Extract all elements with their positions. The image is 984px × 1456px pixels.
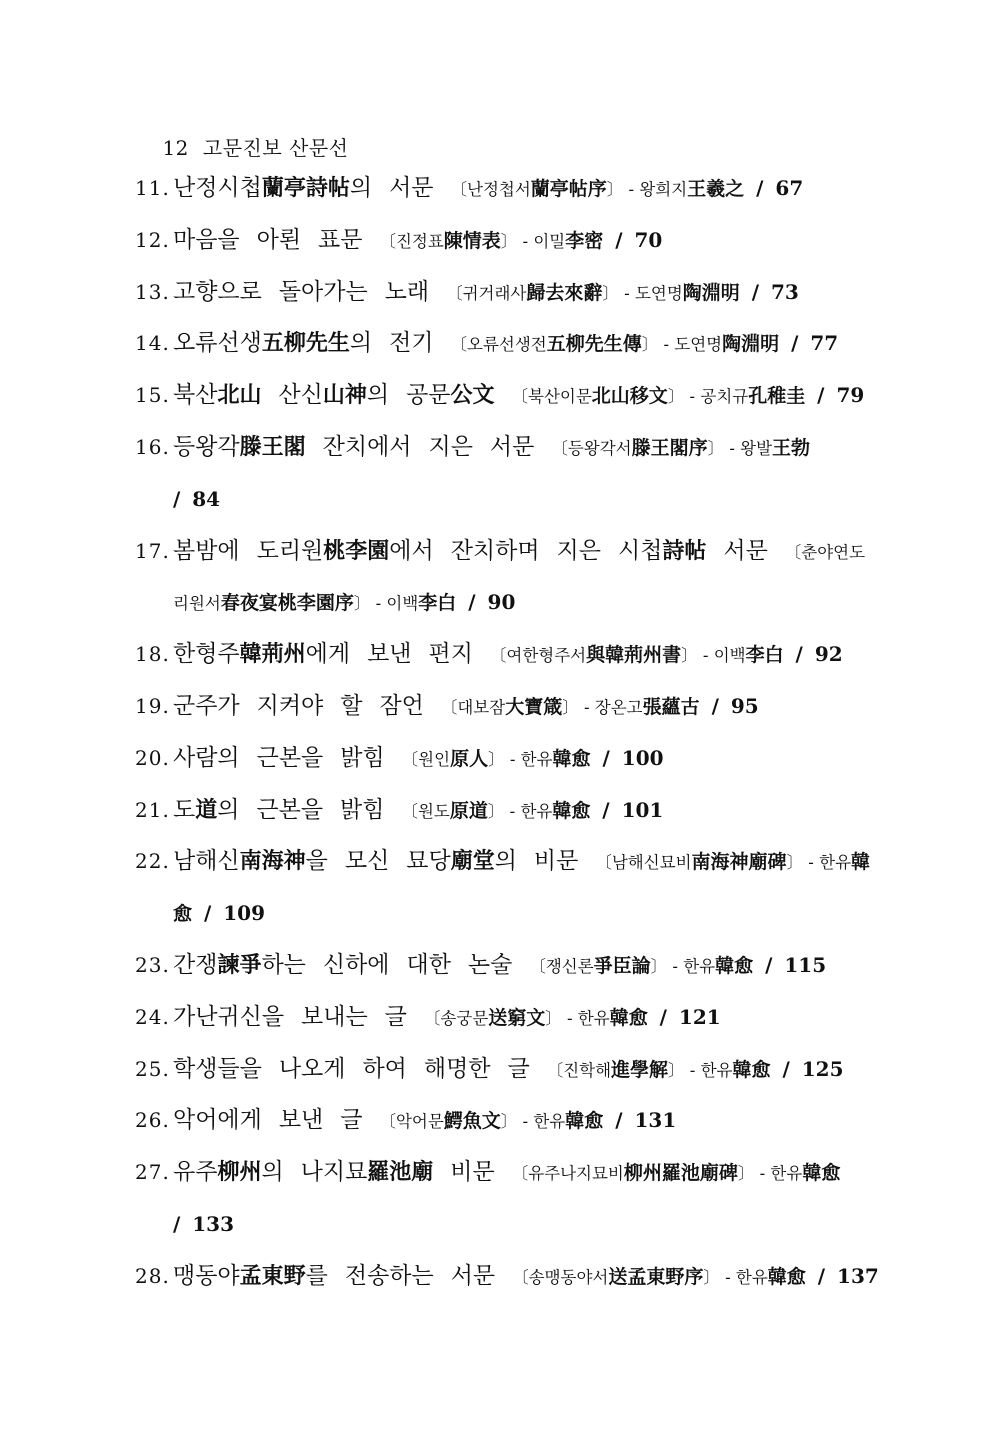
entry-text-segment: 를 전송하는 서문 bbox=[306, 1263, 512, 1289]
entry-text-segment: 의 나지묘 bbox=[261, 1159, 367, 1185]
entry-text-segment: 〕 - 이백 bbox=[681, 646, 745, 665]
toc-entry: 11.난정시첩蘭亭詩帖의 서문 〔난정첩서蘭亭帖序〕 - 왕희지王羲之 / 67 bbox=[135, 163, 875, 215]
toc-entry-line: 27.유주柳州의 나지묘羅池廟 비문 〔유주나지묘비柳州羅池廟碑〕 - 한유韓愈 bbox=[135, 1147, 875, 1199]
entry-text-segment: / 100 bbox=[591, 746, 664, 770]
entry-number: 21. bbox=[135, 785, 173, 837]
toc-entry-line: 25.학생들을 나오게 하여 해명한 글 〔진학해進學解〕 - 한유韓愈 / 1… bbox=[135, 1044, 875, 1096]
book-page: 12고문진보 산문선 11.난정시첩蘭亭詩帖의 서문 〔난정첩서蘭亭帖序〕 - … bbox=[0, 0, 984, 1456]
entry-text-segment: / 133 bbox=[173, 1212, 234, 1236]
entry-text-segment: 北山移文 bbox=[592, 385, 668, 407]
entry-text-segment: 李密 bbox=[565, 230, 603, 252]
toc-entry-continuation-line: 리원서春夜宴桃李園序〕 - 이백李白 / 90 bbox=[135, 577, 875, 629]
entry-text-segment: / 84 bbox=[173, 487, 220, 511]
entry-text-segment: 韓愈 bbox=[553, 748, 591, 770]
toc-entry-line: 20.사람의 근본을 밝힘 〔원인原人〕 - 한유韓愈 / 100 bbox=[135, 733, 875, 785]
entry-text-segment: 愈 bbox=[173, 903, 192, 925]
entry-text-segment: 孔稚圭 bbox=[748, 385, 805, 407]
entry-text-segment: 봄밤에 도리원 bbox=[173, 538, 323, 564]
entry-text-segment: 맹동야 bbox=[173, 1263, 240, 1289]
entry-number: 11. bbox=[135, 163, 173, 215]
entry-text-segment: 북산 bbox=[173, 382, 217, 408]
entry-text-segment: 蘭亭詩帖 bbox=[262, 175, 350, 201]
entry-text-segment: 五柳先生傳 bbox=[547, 333, 642, 355]
entry-text-segment: 韓愈 bbox=[768, 1266, 806, 1288]
entry-text-segment: 李白 bbox=[746, 644, 784, 666]
entry-text-segment: 原道 bbox=[450, 800, 488, 822]
entry-text-segment: 의 서문 bbox=[350, 175, 451, 201]
toc-entry: 15.북산北山 산신山神의 공문公文 〔북산이문北山移文〕 - 공치규孔稚圭 /… bbox=[135, 370, 875, 422]
entry-text-segment: 〔오류선생전 bbox=[451, 335, 547, 354]
toc-entry-continuation-line: / 133 bbox=[135, 1199, 875, 1251]
entry-text-segment: 〕 - 한유 bbox=[501, 1112, 565, 1131]
entry-text-segment: 군주가 지켜야 할 잠언 bbox=[173, 693, 441, 719]
entry-text-segment: 사람의 근본을 밝힘 bbox=[173, 745, 402, 771]
entry-text-segment: / 67 bbox=[744, 176, 803, 200]
entry-text-segment: 陶淵明 bbox=[722, 333, 779, 355]
entry-number: 25. bbox=[135, 1044, 173, 1096]
toc-entry: 23.간쟁諫爭하는 신하에 대한 논술 〔쟁신론爭臣論〕 - 한유韓愈 / 11… bbox=[135, 940, 875, 992]
toc-entry: 25.학생들을 나오게 하여 해명한 글 〔진학해進學解〕 - 한유韓愈 / 1… bbox=[135, 1044, 875, 1096]
toc-entry: 26.악어에게 보낸 글 〔악어문鰐魚文〕 - 한유韓愈 / 131 bbox=[135, 1095, 875, 1147]
entry-text-segment: 〕 - 한유 bbox=[488, 750, 552, 769]
toc-entry: 22.남해신南海神을 모신 묘당廟堂의 비문 〔남해신묘비南海神廟碑〕 - 한유… bbox=[135, 836, 875, 940]
entry-text-segment: 韓愈 bbox=[802, 1162, 840, 1184]
entry-text-segment: 詩帖 bbox=[662, 538, 706, 564]
entry-text-segment: 등왕각 bbox=[173, 434, 240, 460]
entry-number: 27. bbox=[135, 1147, 173, 1199]
toc-entry: 16.등왕각滕王閣 잔치에서 지은 서문 〔등왕각서滕王閣序〕 - 왕발王勃/ … bbox=[135, 422, 875, 526]
entry-text-segment: 廟堂 bbox=[451, 848, 495, 874]
entry-text-segment: 남해신 bbox=[173, 848, 240, 874]
entry-text-segment: 王勃 bbox=[772, 437, 810, 459]
entry-text-segment: 에게 보낸 편지 bbox=[306, 641, 490, 667]
entry-text-segment: 送窮文 bbox=[488, 1007, 545, 1029]
entry-text-segment: 大寶箴 bbox=[505, 696, 562, 718]
entry-text-segment: 유주 bbox=[173, 1159, 217, 1185]
toc-entry: 24.가난귀신을 보내는 글 〔송궁문送窮文〕 - 한유韓愈 / 121 bbox=[135, 992, 875, 1044]
entry-number: 18. bbox=[135, 629, 173, 681]
entry-text-segment: 原人 bbox=[450, 748, 488, 770]
entry-text-segment: 〔북산이문 bbox=[512, 387, 592, 406]
entry-text-segment: 孟東野 bbox=[240, 1263, 306, 1289]
entry-text-segment: 公文 bbox=[451, 382, 495, 408]
toc-entry-continuation-line: 愈 / 109 bbox=[135, 888, 875, 940]
entry-text-segment: 韓愈 bbox=[733, 1059, 771, 1081]
entry-text-segment: 〔귀거래사 bbox=[446, 284, 526, 303]
entry-text-segment: 與韓荊州書 bbox=[586, 644, 681, 666]
entry-text-segment: 의 근본을 밝힘 bbox=[217, 797, 401, 823]
entry-text-segment: / 121 bbox=[648, 1005, 721, 1029]
book-title: 고문진보 산문선 bbox=[203, 136, 349, 160]
table-of-contents: 11.난정시첩蘭亭詩帖의 서문 〔난정첩서蘭亭帖序〕 - 왕희지王羲之 / 67… bbox=[135, 163, 875, 1303]
entry-text-segment: 서문 bbox=[706, 538, 784, 564]
entry-text-segment: 한형주 bbox=[173, 641, 240, 667]
entry-text-segment: 의 공문 bbox=[367, 382, 451, 408]
entry-text-segment: 〕 - 왕발 bbox=[708, 439, 772, 458]
entry-text-segment: 악어에게 보낸 글 bbox=[173, 1107, 379, 1133]
entry-text-segment: 韓愈 bbox=[610, 1007, 648, 1029]
entry-text-segment: 〕 - 왕희지 bbox=[607, 180, 687, 199]
entry-text-segment: 蘭亭帖序 bbox=[531, 178, 607, 200]
entry-text-segment: / 137 bbox=[806, 1264, 879, 1288]
toc-entry-line: 26.악어에게 보낸 글 〔악어문鰐魚文〕 - 한유韓愈 / 131 bbox=[135, 1095, 875, 1147]
toc-entry-line: 28.맹동야孟東野를 전송하는 서문 〔송맹동야서送孟東野序〕 - 한유韓愈 /… bbox=[135, 1251, 875, 1303]
entry-text-segment: 〕 - 공치규 bbox=[668, 387, 748, 406]
toc-entry-line: 24.가난귀신을 보내는 글 〔송궁문送窮文〕 - 한유韓愈 / 121 bbox=[135, 992, 875, 1044]
entry-text-segment: 〕 - 한유 bbox=[668, 1061, 732, 1080]
entry-text-segment: 韓愈 bbox=[715, 955, 753, 977]
entry-number: 28. bbox=[135, 1251, 173, 1303]
entry-text-segment: 韓荊州 bbox=[240, 641, 306, 667]
toc-entry-line: 17.봄밤에 도리원桃李園에서 잔치하며 지은 시첩詩帖 서문 〔춘야연도 bbox=[135, 526, 875, 578]
entry-text-segment: 〕 - 한유 bbox=[787, 853, 851, 872]
entry-text-segment: 桃李園 bbox=[323, 538, 389, 564]
toc-entry-line: 22.남해신南海神을 모신 묘당廟堂의 비문 〔남해신묘비南海神廟碑〕 - 한유… bbox=[135, 836, 875, 888]
toc-entry-line: 16.등왕각滕王閣 잔치에서 지은 서문 〔등왕각서滕王閣序〕 - 왕발王勃 bbox=[135, 422, 875, 474]
toc-entry-line: 21.도道의 근본을 밝힘 〔원도原道〕 - 한유韓愈 / 101 bbox=[135, 785, 875, 837]
toc-entry-line: 19.군주가 지켜야 할 잠언 〔대보잠大寶箴〕 - 장온고張蘊古 / 95 bbox=[135, 681, 875, 733]
entry-text-segment: / 79 bbox=[805, 383, 864, 407]
toc-entry-line: 14.오류선생五柳先生의 전기 〔오류선생전五柳先生傳〕 - 도연명陶淵明 / … bbox=[135, 318, 875, 370]
entry-text-segment: 〔유주나지묘비 bbox=[512, 1164, 624, 1183]
entry-text-segment: 〕 - 이백 bbox=[354, 594, 418, 613]
entry-text-segment: 柳州 bbox=[217, 1159, 261, 1185]
entry-text-segment: 간쟁 bbox=[173, 952, 217, 978]
toc-entry: 12.마음을 아뢴 표문 〔진정표陳情表〕 - 이밀李密 / 70 bbox=[135, 215, 875, 267]
entry-text-segment: 陳情表 bbox=[444, 230, 501, 252]
entry-text-segment: 〔진학해 bbox=[547, 1061, 611, 1080]
entry-number: 26. bbox=[135, 1095, 173, 1147]
entry-text-segment: 〔송맹동야서 bbox=[512, 1268, 608, 1287]
entry-text-segment: 滕王閣 bbox=[240, 434, 306, 460]
entry-text-segment: / 90 bbox=[456, 590, 515, 614]
entry-text-segment: 학생들을 나오게 하여 해명한 글 bbox=[173, 1056, 547, 1082]
entry-text-segment: 歸去來辭 bbox=[526, 282, 602, 304]
entry-text-segment: 五柳先生 bbox=[262, 330, 350, 356]
entry-text-segment: 〔쟁신론 bbox=[529, 957, 593, 976]
entry-text-segment: 의 전기 bbox=[350, 330, 451, 356]
entry-number: 22. bbox=[135, 836, 173, 888]
entry-number: 24. bbox=[135, 992, 173, 1044]
entry-text-segment: 의 비문 bbox=[495, 848, 596, 874]
entry-text-segment: 〕 - 장온고 bbox=[562, 698, 642, 717]
entry-text-segment: 하는 신하에 대한 논술 bbox=[261, 952, 529, 978]
entry-text-segment: 〔진정표 bbox=[379, 232, 443, 251]
entry-text-segment: 柳州羅池廟碑 bbox=[624, 1162, 738, 1184]
entry-text-segment: 〕 - 한유 bbox=[545, 1009, 609, 1028]
toc-entry: 14.오류선생五柳先生의 전기 〔오류선생전五柳先生傳〕 - 도연명陶淵明 / … bbox=[135, 318, 875, 370]
entry-number: 17. bbox=[135, 526, 173, 578]
entry-text-segment: 리원서 bbox=[173, 594, 221, 613]
book-page-number: 12 bbox=[162, 136, 188, 160]
entry-number: 15. bbox=[135, 370, 173, 422]
entry-text-segment: 〕 - 한유 bbox=[738, 1164, 802, 1183]
entry-text-segment: 南海神 bbox=[240, 848, 306, 874]
entry-text-segment: 〕 - 도연명 bbox=[642, 335, 722, 354]
entry-text-segment: 난정시첩 bbox=[173, 175, 262, 201]
entry-text-segment: 〔송궁문 bbox=[424, 1009, 488, 1028]
entry-text-segment: 北山 bbox=[217, 382, 261, 408]
entry-text-segment: / 70 bbox=[603, 228, 662, 252]
entry-number: 12. bbox=[135, 215, 173, 267]
entry-text-segment: / 101 bbox=[590, 798, 663, 822]
entry-text-segment: / 77 bbox=[779, 331, 838, 355]
toc-entry-line: 23.간쟁諫爭하는 신하에 대한 논술 〔쟁신론爭臣論〕 - 한유韓愈 / 11… bbox=[135, 940, 875, 992]
entry-text-segment: / 109 bbox=[192, 901, 265, 925]
entry-text-segment: / 95 bbox=[700, 694, 759, 718]
entry-text-segment: 잔치에서 지은 서문 bbox=[306, 434, 552, 460]
entry-text-segment: 韓愈 bbox=[565, 1110, 603, 1132]
toc-entry-line: 18.한형주韓荊州에게 보낸 편지 〔여한형주서與韓荊州書〕 - 이백李白 / … bbox=[135, 629, 875, 681]
entry-text-segment: 進學解 bbox=[611, 1059, 668, 1081]
entry-text-segment: / 115 bbox=[753, 953, 826, 977]
toc-entry: 18.한형주韓荊州에게 보낸 편지 〔여한형주서與韓荊州書〕 - 이백李白 / … bbox=[135, 629, 875, 681]
entry-text-segment: / 125 bbox=[771, 1057, 844, 1081]
entry-text-segment: 韓 bbox=[851, 851, 870, 873]
entry-text-segment: 南海神廟碑 bbox=[692, 851, 787, 873]
entry-text-segment: 〕 - 한유 bbox=[488, 802, 552, 821]
entry-text-segment: 山神 bbox=[323, 382, 367, 408]
entry-text-segment: 〕 - 이밀 bbox=[501, 232, 565, 251]
entry-text-segment: 爭臣論 bbox=[594, 955, 651, 977]
entry-number: 23. bbox=[135, 940, 173, 992]
entry-text-segment: 〔대보잠 bbox=[441, 698, 505, 717]
entry-text-segment: 鰐魚文 bbox=[444, 1110, 501, 1132]
entry-text-segment: 〔남해신묘비 bbox=[595, 853, 691, 872]
entry-text-segment: 諫爭 bbox=[217, 952, 261, 978]
entry-number: 19. bbox=[135, 681, 173, 733]
entry-text-segment: 마음을 아뢴 표문 bbox=[173, 227, 379, 253]
entry-number: 16. bbox=[135, 422, 173, 474]
entry-text-segment: 에서 잔치하며 지은 시첩 bbox=[389, 538, 662, 564]
toc-entry: 13.고향으로 돌아가는 노래 〔귀거래사歸去來辭〕 - 도연명陶淵明 / 73 bbox=[135, 267, 875, 319]
entry-text-segment: / 73 bbox=[740, 280, 799, 304]
entry-text-segment: 〔난정첩서 bbox=[451, 180, 531, 199]
entry-number: 14. bbox=[135, 318, 173, 370]
toc-entry: 20.사람의 근본을 밝힘 〔원인原人〕 - 한유韓愈 / 100 bbox=[135, 733, 875, 785]
toc-entry-continuation-line: / 84 bbox=[135, 474, 875, 526]
entry-text-segment: 도 bbox=[173, 797, 195, 823]
toc-entry: 28.맹동야孟東野를 전송하는 서문 〔송맹동야서送孟東野序〕 - 한유韓愈 /… bbox=[135, 1251, 875, 1303]
entry-text-segment: 비문 bbox=[433, 1159, 511, 1185]
entry-text-segment: 韓愈 bbox=[552, 800, 590, 822]
entry-number: 20. bbox=[135, 733, 173, 785]
entry-number: 13. bbox=[135, 267, 173, 319]
toc-entry: 21.도道의 근본을 밝힘 〔원도原道〕 - 한유韓愈 / 101 bbox=[135, 785, 875, 837]
entry-text-segment: 〕 - 도연명 bbox=[602, 284, 682, 303]
entry-text-segment: 산신 bbox=[261, 382, 322, 408]
toc-entry-line: 12.마음을 아뢴 표문 〔진정표陳情表〕 - 이밀李密 / 70 bbox=[135, 215, 875, 267]
toc-entry-line: 15.북산北山 산신山神의 공문公文 〔북산이문北山移文〕 - 공치규孔稚圭 /… bbox=[135, 370, 875, 422]
entry-text-segment: 〕 - 한유 bbox=[703, 1268, 767, 1287]
entry-text-segment: 고향으로 돌아가는 노래 bbox=[173, 279, 446, 305]
entry-text-segment: 가난귀신을 보내는 글 bbox=[173, 1004, 424, 1030]
entry-text-segment: 〔악어문 bbox=[379, 1112, 443, 1131]
entry-text-segment: 오류선생 bbox=[173, 330, 262, 356]
entry-text-segment: 王羲之 bbox=[687, 178, 744, 200]
entry-text-segment: 〔등왕각서 bbox=[551, 439, 631, 458]
entry-text-segment: 送孟東野序 bbox=[608, 1266, 703, 1288]
entry-text-segment: 張蘊古 bbox=[643, 696, 700, 718]
entry-text-segment: 〔여한형주서 bbox=[490, 646, 586, 665]
toc-entry: 17.봄밤에 도리원桃李園에서 잔치하며 지은 시첩詩帖 서문 〔춘야연도리원서… bbox=[135, 526, 875, 630]
entry-text-segment: 〔원도 bbox=[401, 802, 449, 821]
entry-text-segment: 李白 bbox=[418, 592, 456, 614]
entry-text-segment bbox=[495, 382, 512, 408]
entry-text-segment: 道 bbox=[195, 797, 217, 823]
entry-text-segment: 陶淵明 bbox=[683, 282, 740, 304]
toc-entry-line: 13.고향으로 돌아가는 노래 〔귀거래사歸去來辭〕 - 도연명陶淵明 / 73 bbox=[135, 267, 875, 319]
toc-entry-line: 11.난정시첩蘭亭詩帖의 서문 〔난정첩서蘭亭帖序〕 - 왕희지王羲之 / 67 bbox=[135, 163, 875, 215]
entry-text-segment: / 131 bbox=[603, 1108, 676, 1132]
entry-text-segment: 〔춘야연도 bbox=[785, 543, 865, 562]
entry-text-segment: 〔원인 bbox=[402, 750, 450, 769]
entry-text-segment: 〕 - 한유 bbox=[651, 957, 715, 976]
entry-text-segment: 春夜宴桃李園序 bbox=[221, 592, 354, 614]
toc-entry: 27.유주柳州의 나지묘羅池廟 비문 〔유주나지묘비柳州羅池廟碑〕 - 한유韓愈… bbox=[135, 1147, 875, 1251]
toc-entry: 19.군주가 지켜야 할 잠언 〔대보잠大寶箴〕 - 장온고張蘊古 / 95 bbox=[135, 681, 875, 733]
entry-text-segment: 羅池廟 bbox=[367, 1159, 433, 1185]
entry-text-segment: 을 모신 묘당 bbox=[306, 848, 451, 874]
entry-text-segment: / 92 bbox=[784, 642, 843, 666]
entry-text-segment: 滕王閣序 bbox=[632, 437, 708, 459]
